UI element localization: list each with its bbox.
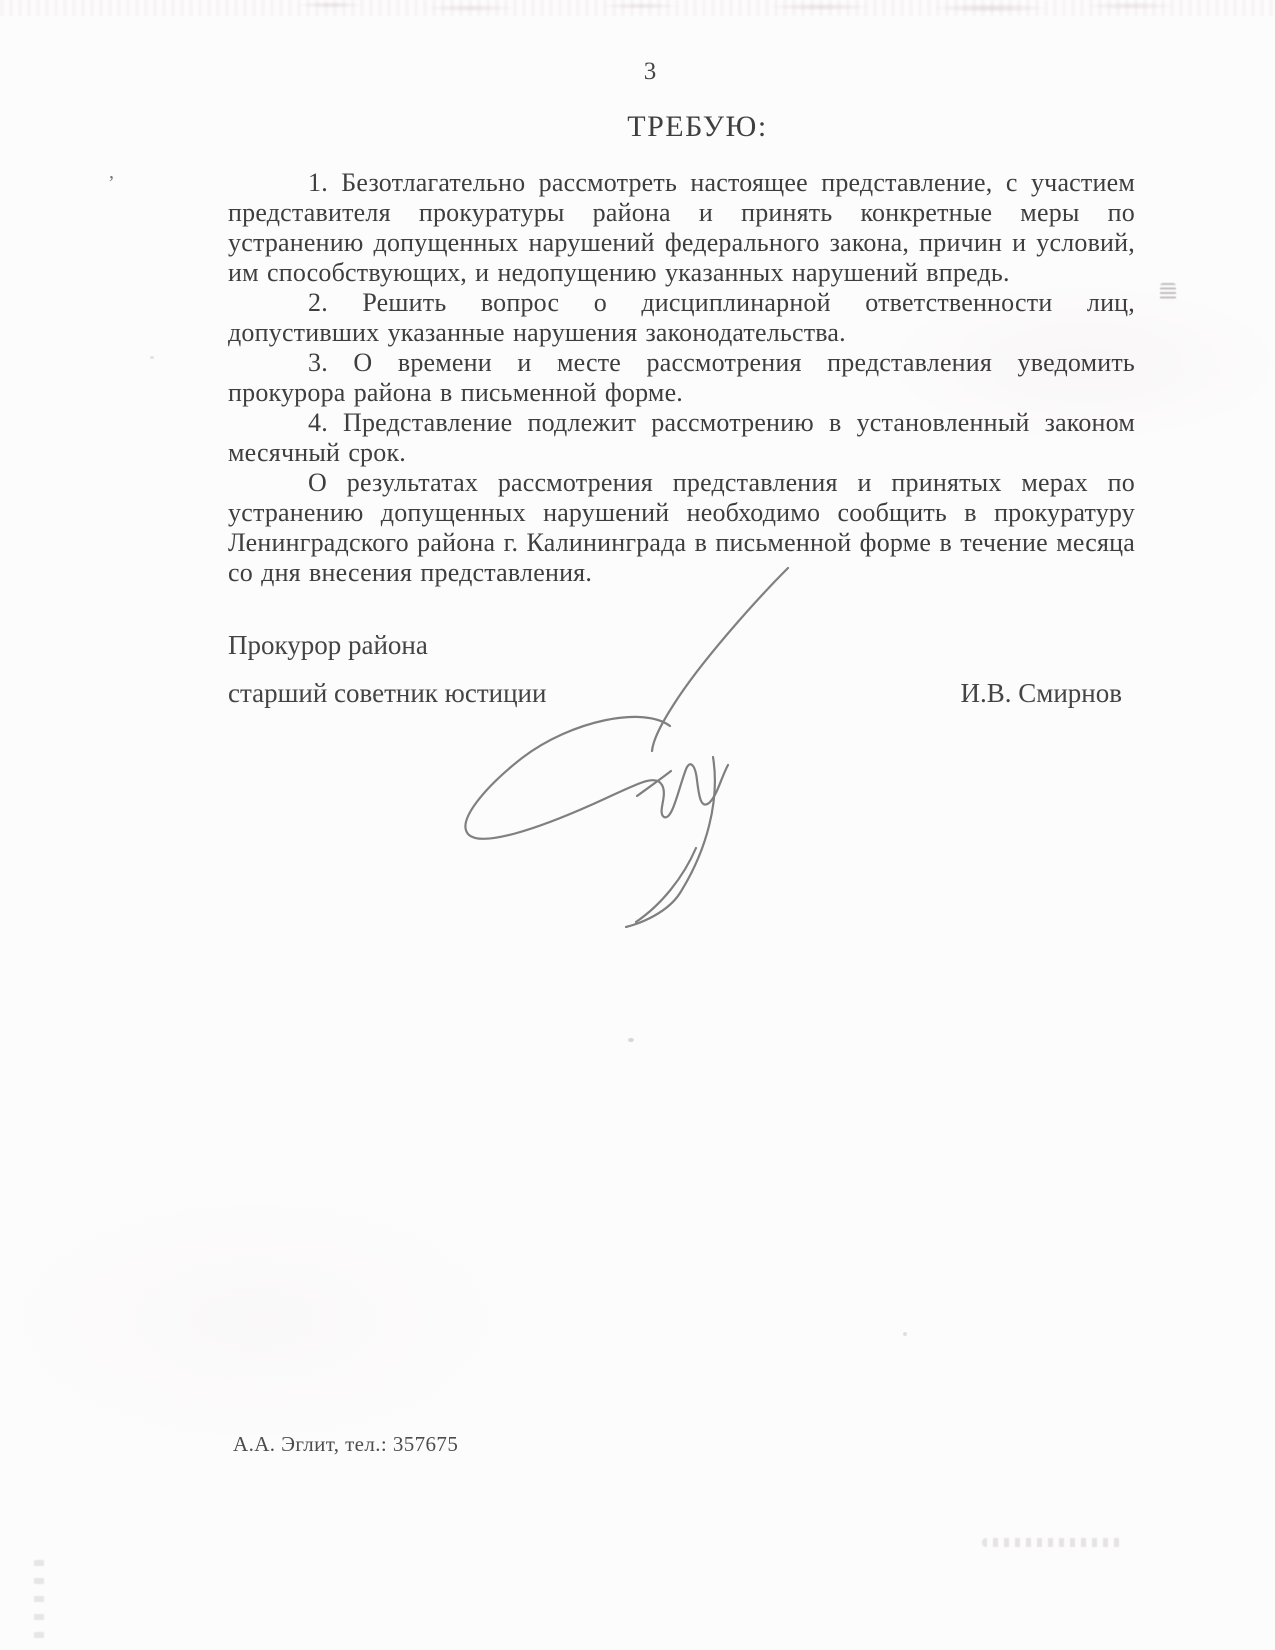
- document-heading: ТРЕБУЮ:: [244, 110, 1151, 144]
- signoff-position-line-1: Прокурор района: [228, 630, 428, 661]
- document-page: 3 ТРЕБУЮ: 1. Безотлагательно рассмотреть…: [0, 0, 1275, 1650]
- scan-speck: [903, 1332, 907, 1336]
- scan-ghost-marks: [982, 1538, 1122, 1547]
- scan-smudge: [1160, 283, 1176, 301]
- page-number: 3: [0, 58, 1275, 86]
- footer-contact: А.А. Эглит, тел.: 357675: [233, 1432, 458, 1457]
- document-body: 1. Безотлагательно рассмотреть настоящее…: [228, 168, 1135, 588]
- body-paragraph: 3. О времени и месте рассмотрения предст…: [228, 348, 1135, 408]
- body-paragraph: 1. Безотлагательно рассмотреть настоящее…: [228, 168, 1135, 288]
- scan-speck: [150, 356, 154, 359]
- scan-speck: [628, 1038, 634, 1042]
- scan-edge-marks: [34, 1560, 44, 1640]
- handwritten-signature: [440, 550, 810, 940]
- scan-edge-noise: [0, 0, 1275, 16]
- body-paragraph: 2. Решить вопрос о дисциплинарной ответс…: [228, 288, 1135, 348]
- scan-speck-comma: ’: [108, 172, 115, 195]
- body-paragraph: 4. Представление подлежит рассмотрению в…: [228, 408, 1135, 468]
